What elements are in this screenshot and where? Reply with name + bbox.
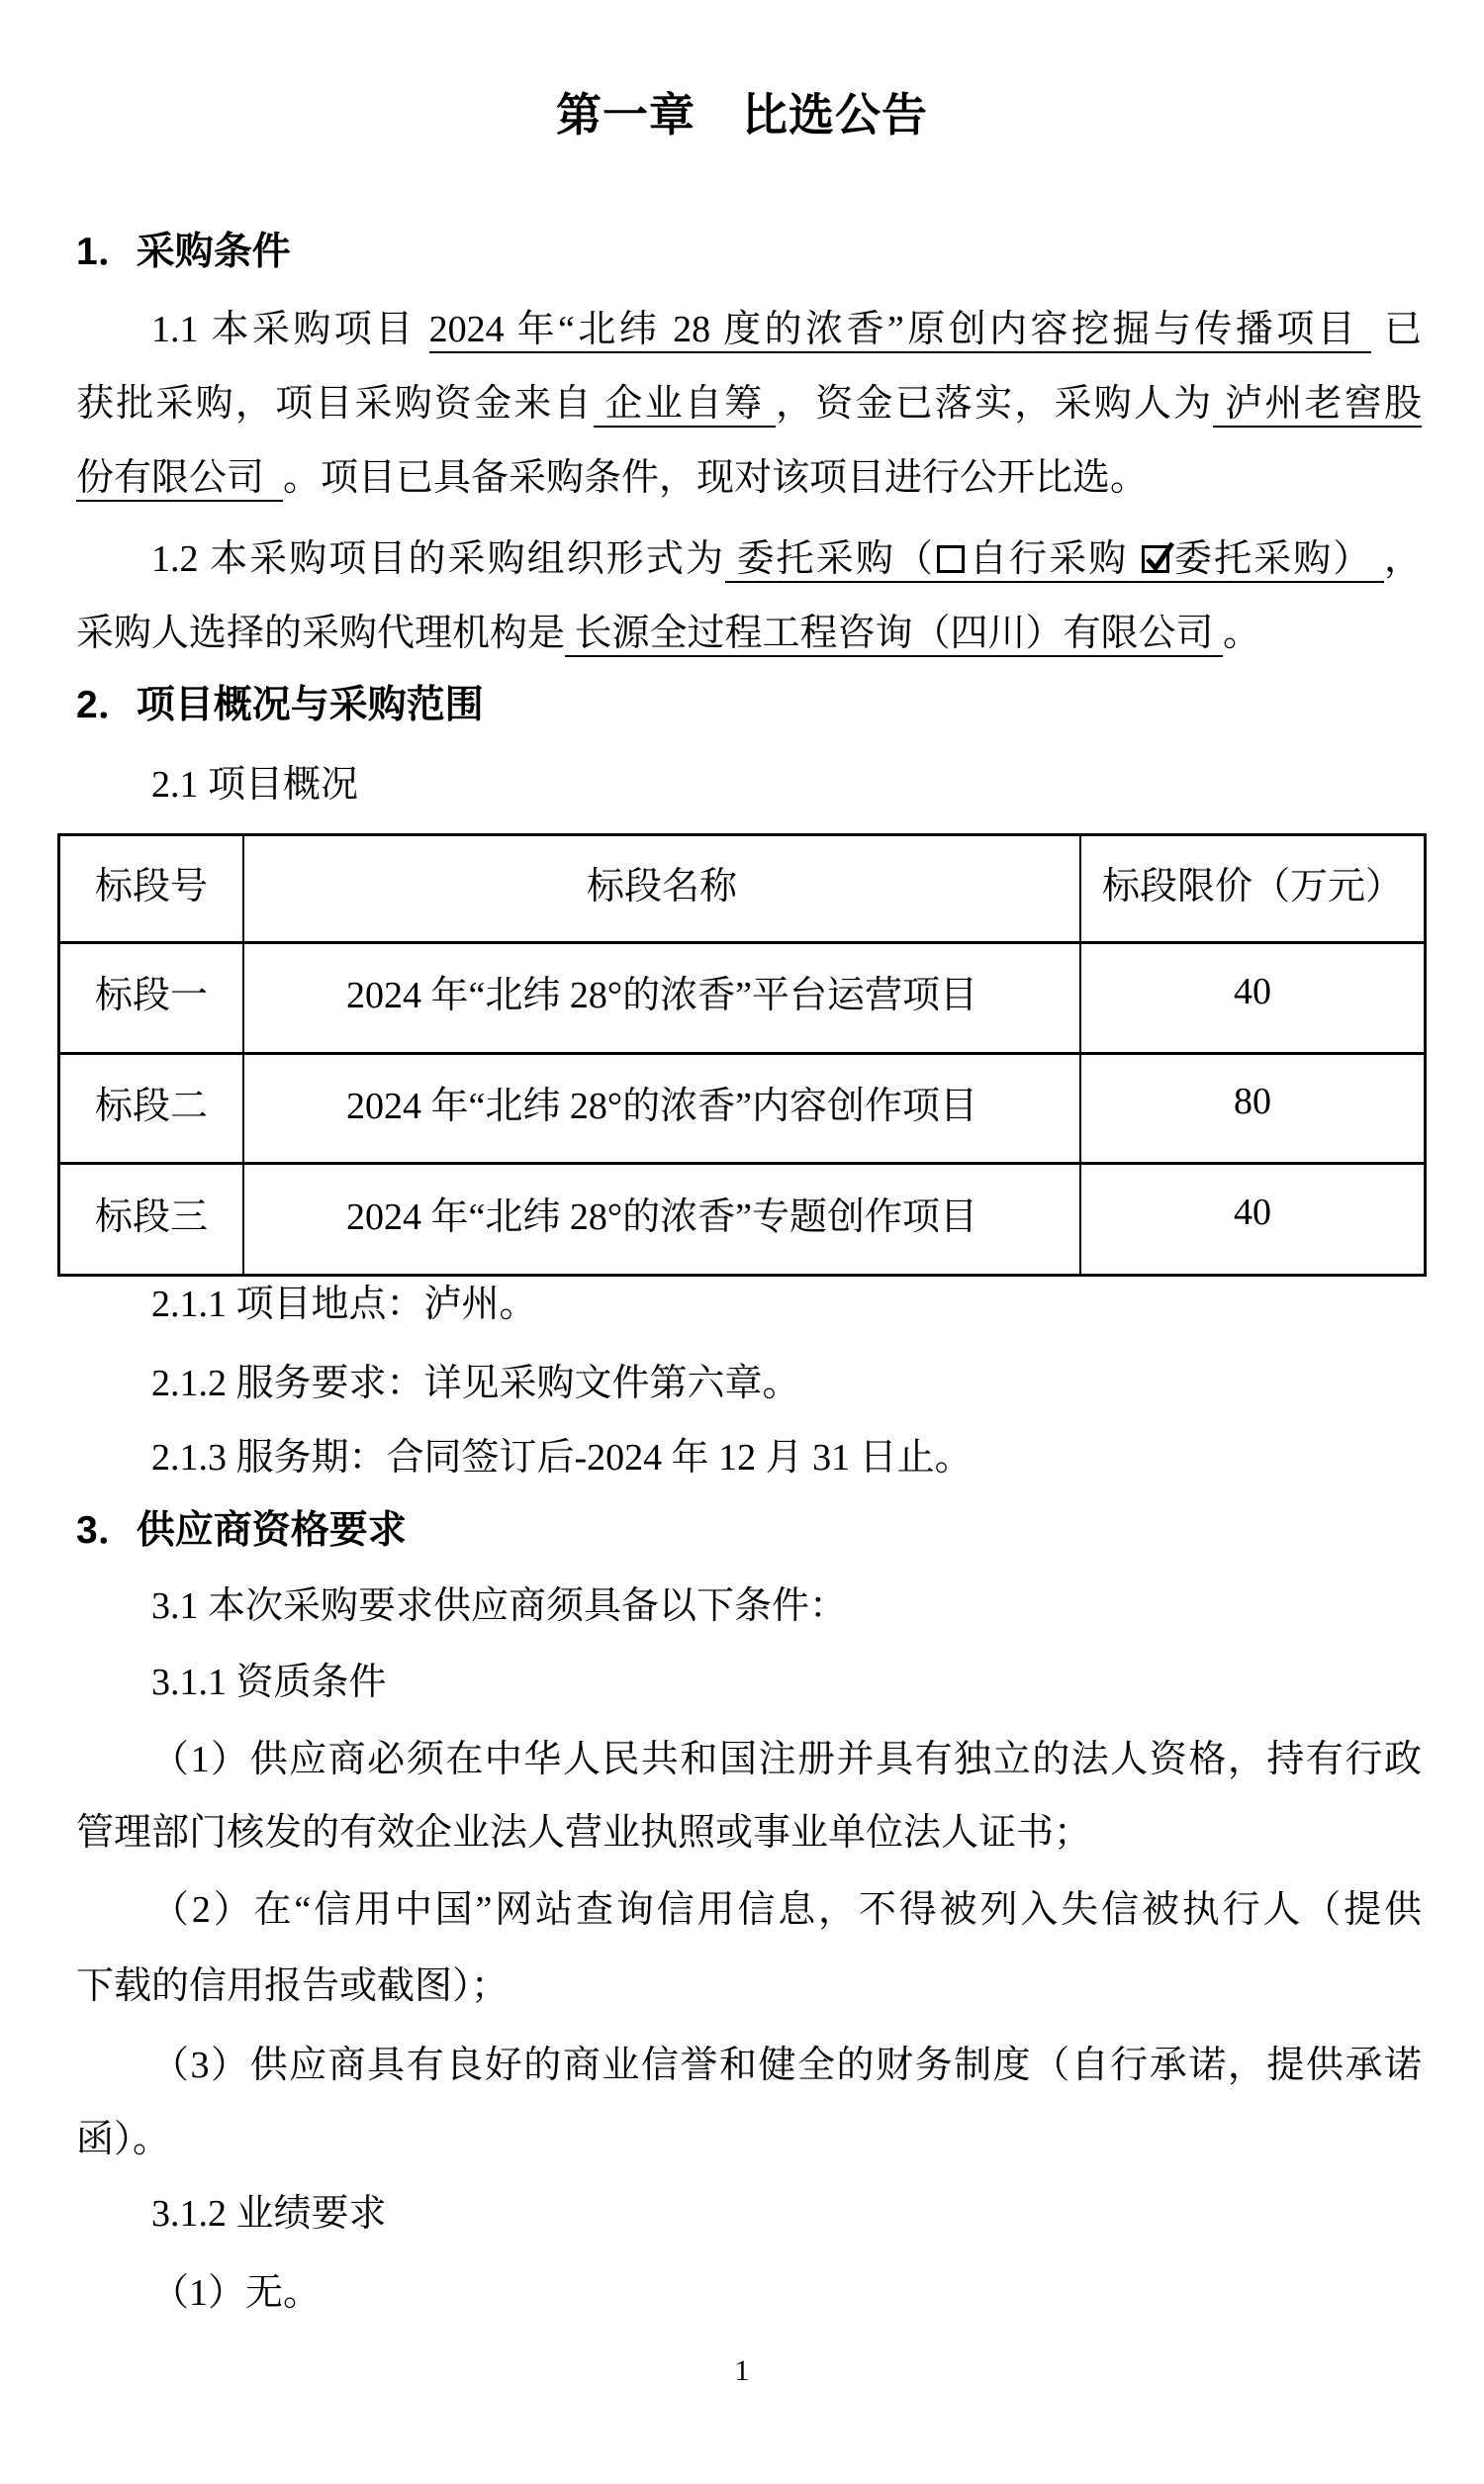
table-row-3-name: 2024 年“北纬 28°的浓香”专题创作项目 <box>244 1165 1081 1274</box>
table-row-3-no: 标段三 <box>60 1165 244 1274</box>
heading-3: 3．供应商资格要求 <box>76 1503 407 1559</box>
qualification-item-3-line-1: （3）供应商具有良好的商业信誉和健全的财务制度（自行承诺，提供承诺 <box>151 2038 1422 2093</box>
paragraph-1-2-line-2: 采购人选择的采购代理机构是 长源全过程工程咨询（四川）有限公司 。 <box>76 606 1260 661</box>
p11-l2-underlined-purchaser: 泸州老窖股 <box>1213 383 1422 428</box>
paragraph-1-1-line-2: 获批采购，项目采购资金来自 企业自筹 ，资金已落实，采购人为 泸州老窖股 <box>76 376 1422 431</box>
table-row-2-price: 80 <box>1081 1055 1424 1165</box>
table-row-1-name: 2024 年“北纬 28°的浓香”平台运营项目 <box>244 944 1081 1055</box>
p12-l2-post: 。 <box>1223 613 1260 654</box>
p11-l1-underlined-value: 2024 年“北纬 28 度的浓香”原创内容挖掘与传播项目 <box>429 309 1371 353</box>
paragraph-1-1-line-1: 1.1 本采购项目 2024 年“北纬 28 度的浓香”原创内容挖掘与传播项目 … <box>151 302 1422 357</box>
section-3-1-2: 3.1.2 业绩要求 <box>151 2186 387 2242</box>
section-2-1: 2.1 项目概况 <box>151 757 358 812</box>
p11-l2-pre: 获批采购，项目采购资金来自 <box>76 383 594 425</box>
table-header-lot-price: 标段限价（万元） <box>1081 836 1424 944</box>
p11-l3-post: 。项目已具备采购条件，现对该项目进行公开比选。 <box>283 457 1148 499</box>
table-header-lot-no: 标段号 <box>60 836 244 944</box>
qualification-item-3-line-2: 函）。 <box>76 2112 170 2167</box>
paragraph-1-1-line-3: 份有限公司 。项目已具备采购条件，现对该项目进行公开比选。 <box>76 450 1148 506</box>
p11-l1-pre: 1.1 本采购项目 <box>151 309 429 350</box>
section-3-1: 3.1 本次采购要求供应商须具备以下条件： <box>151 1578 847 1634</box>
chapter-title: 第一章 比选公告 <box>0 72 1484 159</box>
p12-l1-u1: 委托采购（ <box>725 538 935 580</box>
p12-l1-pre: 1.2 本采购项目的采购组织形式为 <box>151 538 725 580</box>
page-number: 1 <box>0 2343 1484 2399</box>
table-row-2-no: 标段二 <box>60 1055 244 1165</box>
p12-l1-underlined-org-form: 委托采购（自行采购 委托采购） <box>725 538 1384 583</box>
p12-l2-pre: 采购人选择的采购代理机构是 <box>76 613 565 654</box>
table-row-2-name: 2024 年“北纬 28°的浓香”内容创作项目 <box>244 1055 1081 1165</box>
qualification-item-2-line-1: （2）在“信用中国”网站查询信用信息，不得被列入失信被执行人（提供 <box>151 1882 1422 1938</box>
section-2-1-3: 2.1.3 服务期：合同签订后-2024 年 12 月 31 日止。 <box>151 1430 973 1485</box>
heading-1: 1．采购条件 <box>76 225 291 280</box>
paragraph-1-2-line-1: 1.2 本采购项目的采购组织形式为 委托采购（自行采购 委托采购） ， <box>151 531 1422 587</box>
section-3-1-1: 3.1.1 资质条件 <box>151 1655 387 1710</box>
performance-item-1: （1）无。 <box>151 2265 321 2321</box>
heading-2: 2．项目概况与采购范围 <box>76 678 484 733</box>
table-header-lot-name: 标段名称 <box>244 836 1081 944</box>
checkbox-unchecked-icon <box>937 545 965 573</box>
p11-l2-underlined-funding: 企业自筹 <box>594 383 776 428</box>
lots-table: 标段号 标段名称 标段限价（万元） 标段一 2024 年“北纬 28°的浓香”平… <box>57 833 1427 1277</box>
checkbox-checked-icon <box>1142 545 1169 573</box>
p11-l2-mid: ，资金已落实，采购人为 <box>776 383 1213 425</box>
section-2-1-2: 2.1.2 服务要求：详见采购文件第六章。 <box>151 1356 800 1411</box>
p11-l3-underlined-purchaser-cont: 份有限公司 <box>76 457 283 502</box>
document-page: 第一章 比选公告 1．采购条件 1.1 本采购项目 2024 年“北纬 28 度… <box>0 0 1484 2484</box>
p12-l2-underlined-agency: 长源全过程工程咨询（四川）有限公司 <box>565 613 1223 657</box>
qualification-item-1-line-1: （1）供应商必须在中华人民共和国注册并具有独立的法人资格，持有行政 <box>151 1732 1422 1787</box>
table-row-1-no: 标段一 <box>60 944 244 1055</box>
qualification-item-2-line-2: 下载的信用报告或截图）； <box>76 1959 509 2014</box>
p12-cb2-label: 委托采购） <box>1172 538 1384 580</box>
qualification-item-1-line-2: 管理部门核发的有效企业法人营业执照或事业单位法人证书； <box>76 1805 1091 1861</box>
p12-l1-post: ， <box>1384 538 1422 580</box>
section-2-1-1: 2.1.1 项目地点：泸州。 <box>151 1277 537 1332</box>
p11-l1-post: 已 <box>1371 309 1422 350</box>
table-row-3-price: 40 <box>1081 1165 1424 1274</box>
table-row-1-price: 40 <box>1081 944 1424 1055</box>
p12-cb1-label: 自行采购 <box>968 538 1140 580</box>
